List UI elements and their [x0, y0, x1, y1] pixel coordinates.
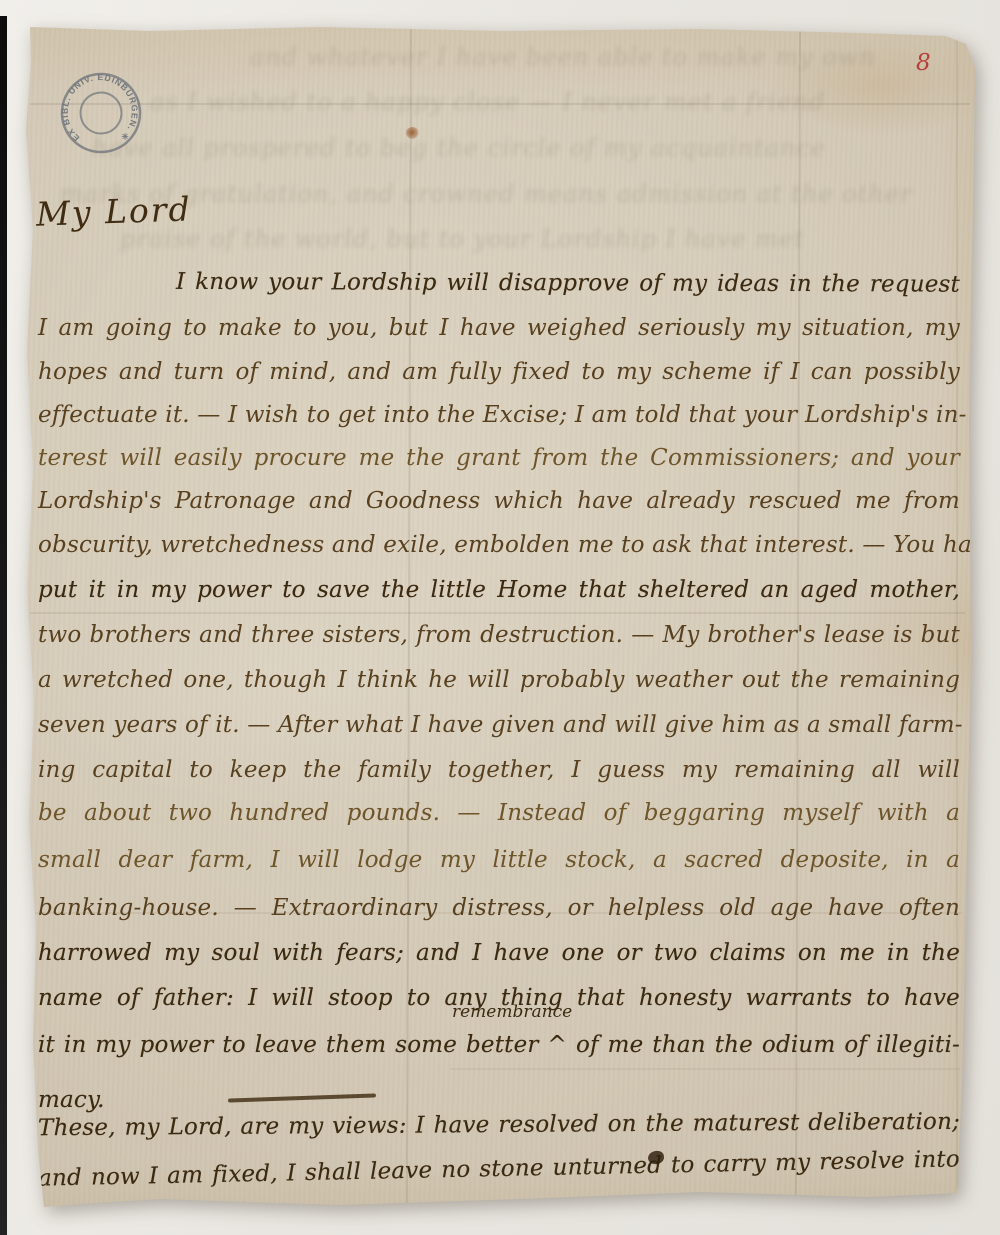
letter-line: hopes and turn of mind, and am fully fix… [38, 357, 960, 387]
letter-line: terest will easily procure me the grant … [38, 443, 960, 473]
fold-crease-vertical [956, 40, 958, 1190]
rust-stain [406, 127, 419, 139]
salutation: My Lord [35, 189, 192, 233]
letter-line: These, my Lord, are my views: I have res… [38, 1107, 960, 1143]
letter-line: I know your Lordship will disapprove of … [38, 266, 960, 299]
show-through-line: as I wished to a happy close — I never m… [150, 90, 825, 114]
letter-line: it in my power to leave them some better… [38, 1030, 960, 1060]
show-through-line: praise of the world, but to your Lordshi… [120, 227, 805, 251]
letter-line: two brothers and three sisters, from des… [38, 620, 960, 650]
pen-stroke [228, 1093, 376, 1102]
letter-line: Lordship's Patronage and Goodness which … [38, 486, 960, 516]
letter-line: macy. [38, 1085, 105, 1115]
letter-line: ing capital to keep the family together,… [38, 755, 960, 785]
fold-crease-horizontal [30, 103, 970, 105]
stamp-inner-ring [78, 90, 124, 136]
show-through-line: and whatever I have been able to make my… [250, 45, 876, 69]
letter-line: small dear farm, I will lodge my little … [38, 845, 960, 875]
paper-sheet-wrap: and whatever I have been able to make my… [0, 0, 1000, 1235]
letter-line: and now I am fixed, I shall leave no sto… [38, 1144, 960, 1193]
show-through-line: have all prospered to beg the circle of … [92, 136, 826, 160]
fold-crease-horizontal [30, 612, 965, 614]
fold-crease-horizontal [450, 1068, 960, 1070]
letter-line: seven years of it. — After what I have g… [38, 710, 960, 740]
library-stamp: EX BIBL. UNIV. EDINBURGEN. ✳ [39, 51, 163, 175]
letter-line: I am going to make to you, but I have we… [38, 313, 960, 343]
interline-insertion: remembrance [452, 1004, 572, 1021]
letter-line: effectuate it. — I wish to get into the … [38, 400, 960, 430]
letter-line: put it in my power to save the little Ho… [38, 575, 960, 605]
letter-line: a wretched one, though I think he will p… [38, 665, 960, 695]
manuscript-scan: and whatever I have been able to make my… [0, 0, 1000, 1235]
letter-line: banking-house. — Extraordinary distress,… [38, 893, 960, 923]
letter-line: harrowed my soul with fears; and I have … [38, 938, 960, 968]
paper-sheet: and whatever I have been able to make my… [0, 0, 1000, 1235]
letter-line: obscurity, wretchedness and exile, embol… [38, 530, 960, 560]
folio-number: 8 [916, 52, 931, 75]
letter-line: be about two hundred pounds. — Instead o… [38, 798, 960, 828]
